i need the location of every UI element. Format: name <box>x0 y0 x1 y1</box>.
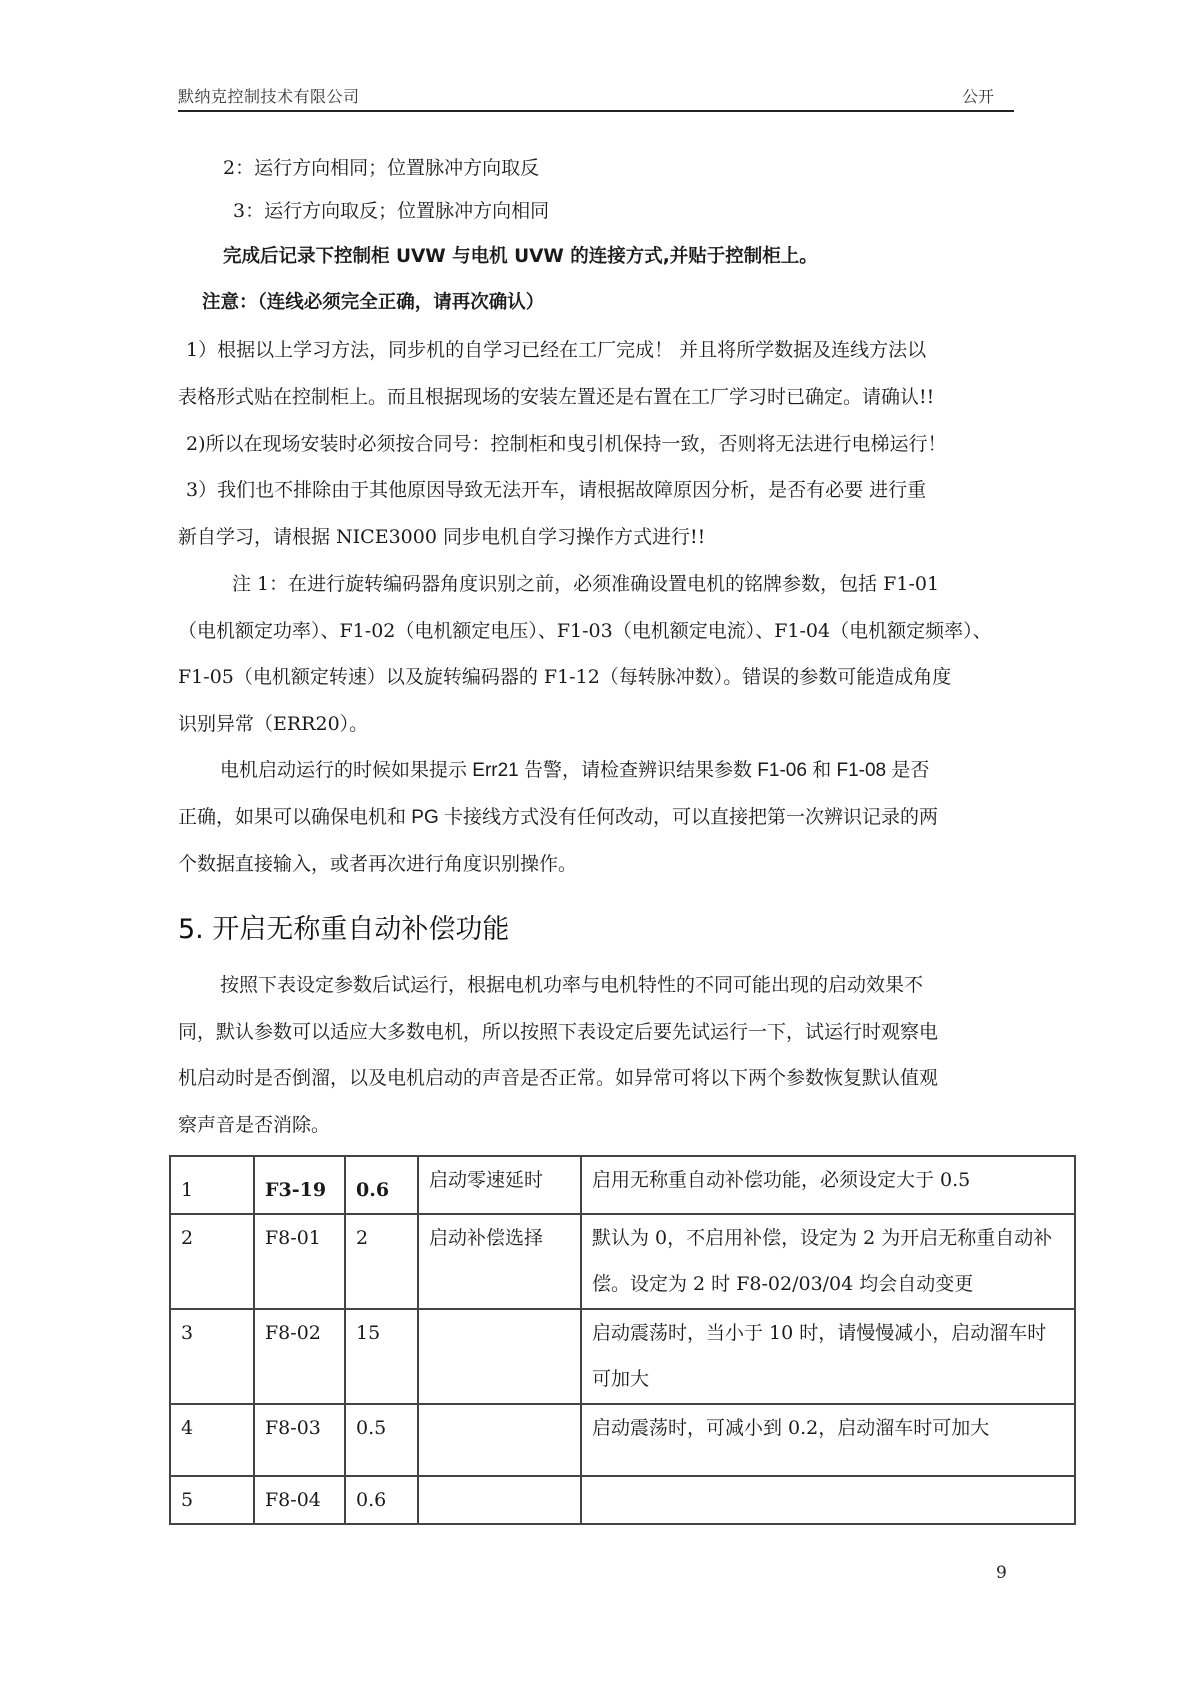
cell-desc <box>581 1476 1075 1524</box>
cell-name <box>418 1309 581 1404</box>
err21-line-1: 电机启动运行的时候如果提示 Err21 告警，请检查辨识结果参数 F1-06 和… <box>220 759 929 783</box>
zhu1-line-3: F1-05（电机额定转速）以及旋转编码器的 F1-12（每转脉冲数）。错误的参数… <box>178 665 951 689</box>
cell-name: 启动零速延时 <box>418 1156 581 1214</box>
note-1-line-2: 表格形式贴在控制柜上。而且根据现场的安装左置还是右置在工厂学习时已确定。请确认!… <box>178 385 934 409</box>
err21-line-3: 个数据直接输入，或者再次进行角度识别操作。 <box>178 852 577 876</box>
cell-no: 1 <box>170 1156 254 1214</box>
cell-value: 2 <box>345 1214 418 1309</box>
cell-value: 0.5 <box>345 1404 418 1476</box>
cell-param: F8-01 <box>254 1214 345 1309</box>
err21-line-2: 正确，如果可以确保电机和 PG 卡接线方式没有任何改动，可以直接把第一次辨识记录… <box>178 806 938 830</box>
cell-value: 0.6 <box>345 1476 418 1524</box>
cell-name <box>418 1476 581 1524</box>
record-instruction: 完成后记录下控制柜 UVW 与电机 UVW 的连接方式,并贴于控制柜上。 <box>223 245 818 269</box>
zhu1-line-4: 识别异常（ERR20）。 <box>178 712 368 736</box>
note-3-line-2: 新自学习，请根据 NICE3000 同步电机自学习操作方式进行!! <box>178 525 705 549</box>
cell-param: F8-04 <box>254 1476 345 1524</box>
cell-desc: 默认为 0，不启用补偿，设定为 2 为开启无称重自动补偿。设定为 2 时 F8-… <box>581 1214 1075 1309</box>
header-classification: 公开 <box>962 84 994 107</box>
header-company: 默纳克控制技术有限公司 <box>178 84 360 107</box>
note-2-line: 2)所以在现场安装时必须按合同号：控制柜和曳引机保持一致，否则将无法进行电梯运行… <box>186 432 947 456</box>
option-3-line: 3：运行方向取反；位置脉冲方向相同 <box>233 199 549 223</box>
cell-param: F3-19 <box>254 1156 345 1214</box>
parameter-table: 1 F3-19 0.6 启动零速延时 启用无称重自动补偿功能，必须设定大于 0.… <box>169 1155 1076 1525</box>
section-5-para-line-3: 机启动时是否倒溜，以及电机启动的声音是否正常。如异常可将以下两个参数恢复默认值观 <box>178 1066 938 1090</box>
section-5-para-line-4: 察声音是否消除。 <box>178 1113 330 1137</box>
cell-desc: 启动震荡时，当小于 10 时，请慢慢减小，启动溜车时可加大 <box>581 1309 1075 1404</box>
cell-param: F8-02 <box>254 1309 345 1404</box>
option-2-line: 2：运行方向相同；位置脉冲方向取反 <box>223 156 539 180</box>
table-row: 5 F8-04 0.6 <box>170 1476 1075 1524</box>
page-number: 9 <box>996 1563 1007 1583</box>
cell-value: 15 <box>345 1309 418 1404</box>
cell-desc: 启动震荡时，可减小到 0.2，启动溜车时可加大 <box>581 1404 1075 1476</box>
table-row: 4 F8-03 0.5 启动震荡时，可减小到 0.2，启动溜车时可加大 <box>170 1404 1075 1476</box>
cell-value: 0.6 <box>345 1156 418 1214</box>
attention-note: 注意：（连线必须完全正确，请再次确认） <box>202 291 544 315</box>
cell-no: 4 <box>170 1404 254 1476</box>
cell-name <box>418 1404 581 1476</box>
section-5-heading: 5. 开启无称重自动补偿功能 <box>178 912 509 948</box>
table-row: 3 F8-02 15 启动震荡时，当小于 10 时，请慢慢减小，启动溜车时可加大 <box>170 1309 1075 1404</box>
cell-no: 3 <box>170 1309 254 1404</box>
cell-no: 5 <box>170 1476 254 1524</box>
cell-name: 启动补偿选择 <box>418 1214 581 1309</box>
zhu1-line-2: （电机额定功率）、F1-02（电机额定电压）、F1-03（电机额定电流）、F1-… <box>178 619 992 643</box>
zhu1-line-1: 注 1：在进行旋转编码器角度识别之前，必须准确设置电机的铭牌参数，包括 F1-0… <box>232 572 939 596</box>
note-1-line-1: 1）根据以上学习方法，同步机的自学习已经在工厂完成！ 并且将所学数据及连线方法以 <box>186 338 926 362</box>
note-3-line-1: 3）我们也不排除由于其他原因导致无法开车，请根据故障原因分析，是否有必要 进行重 <box>186 478 926 502</box>
section-5-para-line-1: 按照下表设定参数后试运行，根据电机功率与电机特性的不同可能出现的启动效果不 <box>220 973 923 997</box>
cell-no: 2 <box>170 1214 254 1309</box>
table-row: 1 F3-19 0.6 启动零速延时 启用无称重自动补偿功能，必须设定大于 0.… <box>170 1156 1075 1214</box>
cell-param: F8-03 <box>254 1404 345 1476</box>
cell-desc: 启用无称重自动补偿功能，必须设定大于 0.5 <box>581 1156 1075 1214</box>
document-page: 默纳克控制技术有限公司 公开 2：运行方向相同；位置脉冲方向取反 3：运行方向取… <box>0 0 1191 1684</box>
header-rule <box>178 110 1014 112</box>
table-row: 2 F8-01 2 启动补偿选择 默认为 0，不启用补偿，设定为 2 为开启无称… <box>170 1214 1075 1309</box>
section-5-para-line-2: 同，默认参数可以适应大多数电机，所以按照下表设定后要先试运行一下，试运行时观察电 <box>178 1020 938 1044</box>
